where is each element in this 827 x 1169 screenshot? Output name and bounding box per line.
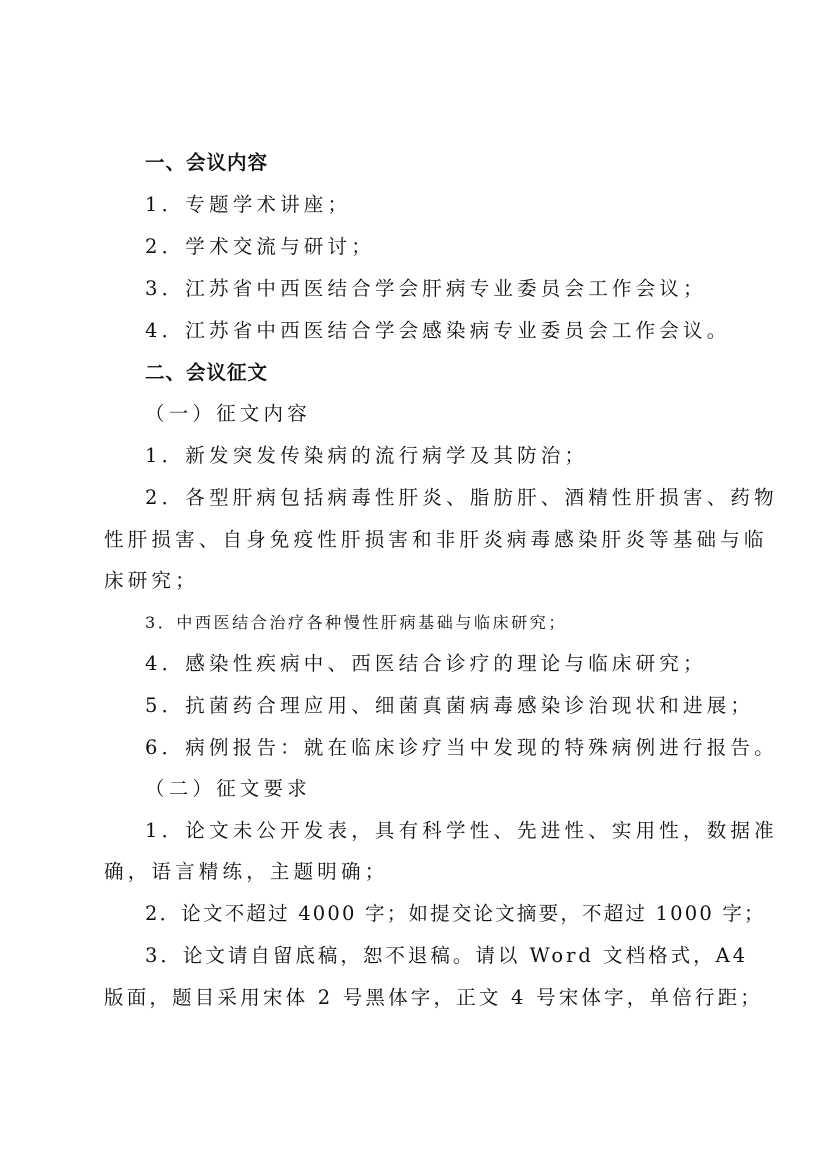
list-item: 3．论文请自留底稿，恕不退稿。请以 Word 文档格式，A4	[145, 941, 725, 971]
list-item: 5．抗菌药合理应用、细菌真菌病毒感染诊治现状和进展；	[145, 691, 725, 721]
section-heading-call-for-papers: 二、会议征文	[145, 358, 725, 388]
subsection-heading-paper-requirements: （二）征文要求	[145, 774, 725, 804]
list-item-continuation: 性肝损害、自身免疫性肝损害和非肝炎病毒感染肝炎等基础与临	[104, 525, 724, 555]
list-item-continuation: 确，语言精练，主题明确；	[104, 857, 724, 887]
document-page: 一、会议内容 1．专题学术讲座； 2．学术交流与研讨； 3．江苏省中西医结合学会…	[0, 0, 827, 1169]
list-item: 2．各型肝病包括病毒性肝炎、脂肪肝、酒精性肝损害、药物	[145, 483, 725, 513]
section-heading-meeting-content: 一、会议内容	[145, 148, 725, 178]
list-item: 1．新发突发传染病的流行病学及其防治；	[145, 441, 725, 471]
list-item: 2．论文不超过 4000 字；如提交论文摘要，不超过 1000 字；	[145, 899, 725, 929]
list-item: 2．学术交流与研讨；	[145, 232, 725, 262]
subsection-heading-paper-content: （一）征文内容	[145, 399, 725, 429]
list-item: 6．病例报告：就在临床诊疗当中发现的特殊病例进行报告。	[145, 733, 725, 763]
list-item: 3．中西医结合治疗各种慢性肝病基础与临床研究；	[145, 608, 725, 638]
list-item-continuation: 床研究；	[104, 566, 724, 596]
list-item-continuation: 版面，题目采用宋体 2 号黑体字，正文 4 号宋体字，单倍行距；	[104, 983, 724, 1013]
list-item: 1．论文未公开发表，具有科学性、先进性、实用性，数据准	[145, 816, 725, 846]
list-item: 3．江苏省中西医结合学会肝病专业委员会工作会议；	[145, 274, 725, 304]
list-item: 1．专题学术讲座；	[145, 190, 725, 220]
list-item: 4．江苏省中西医结合学会感染病专业委员会工作会议。	[145, 316, 725, 346]
list-item: 4．感染性疾病中、西医结合诊疗的理论与临床研究；	[145, 649, 725, 679]
